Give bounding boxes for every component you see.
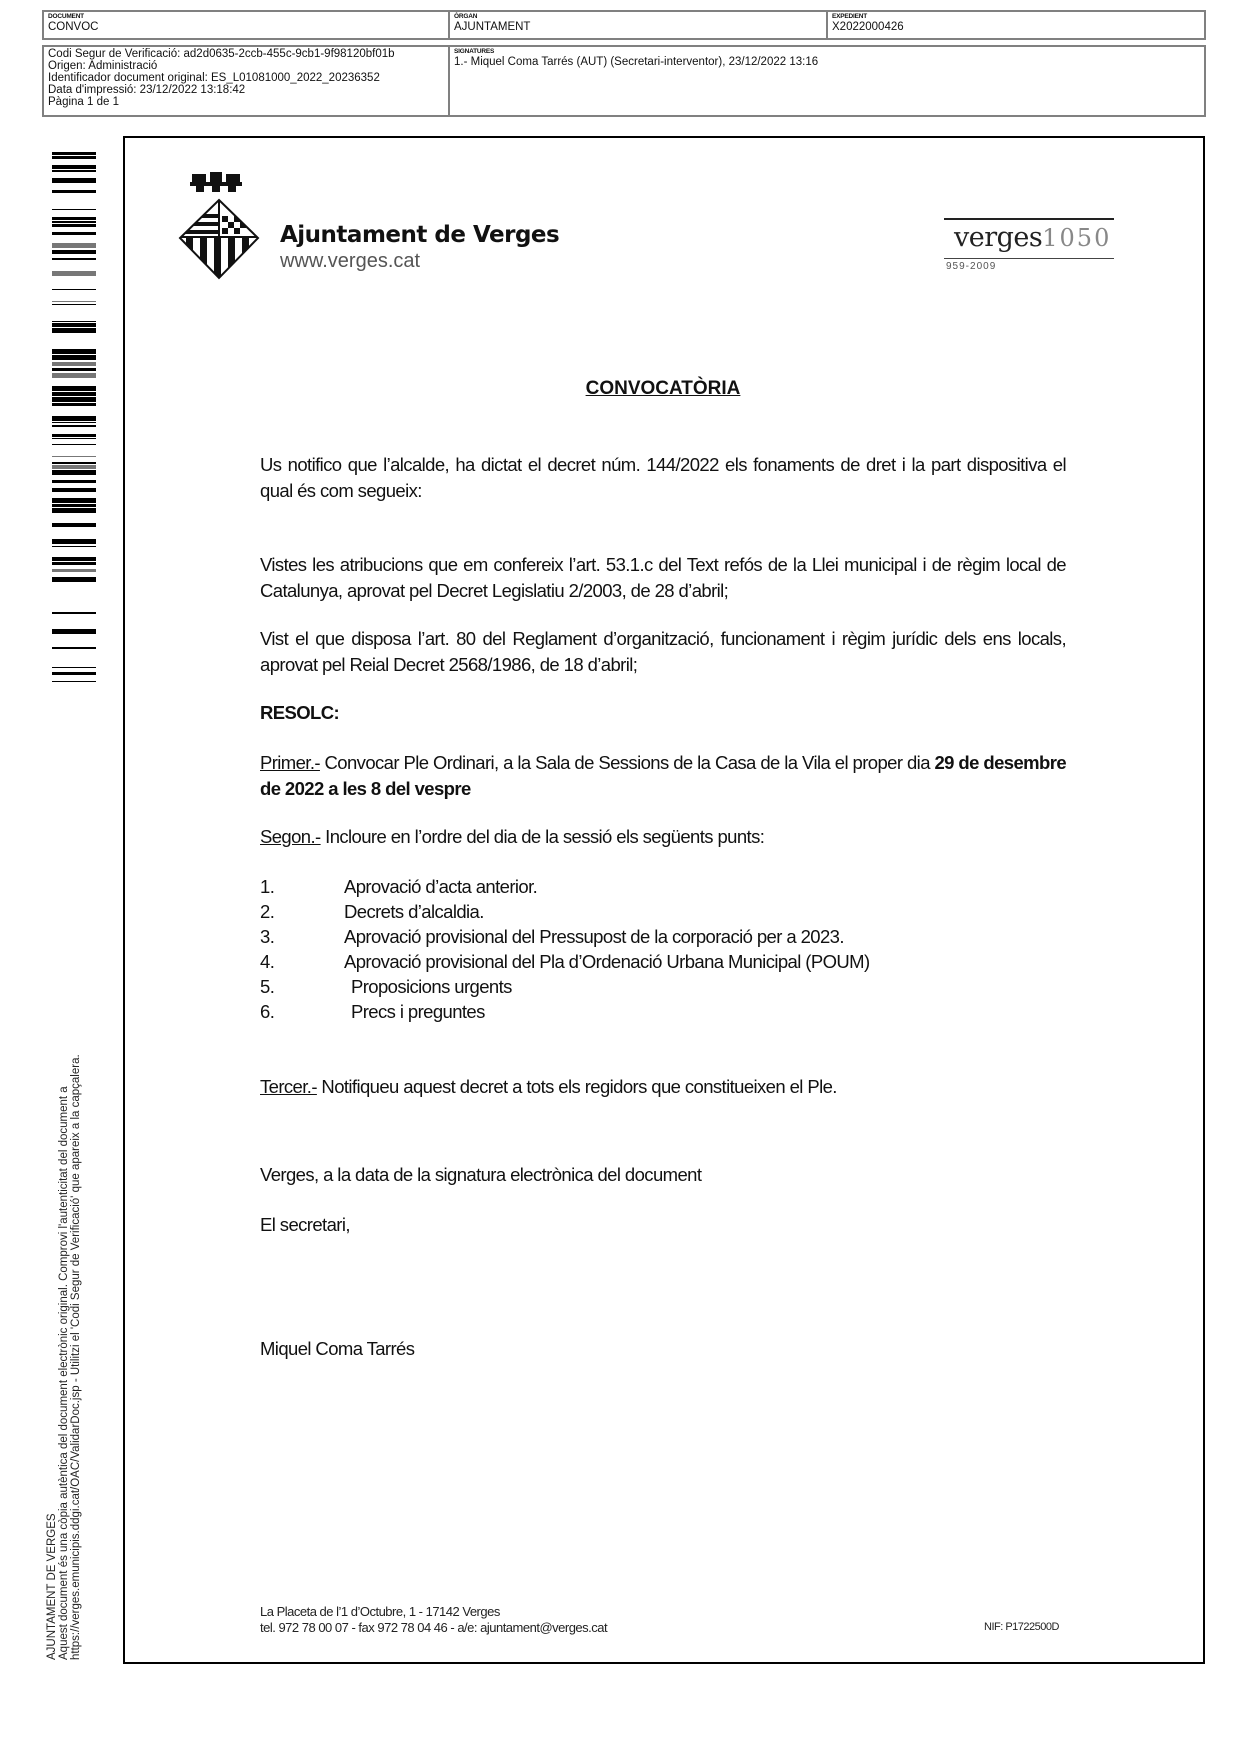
first-resolution-text: Convocar Ple Ordinari, a la Sala de Sess… [320,752,935,773]
agenda-list: 1.Aprovació d’acta anterior. 2.Decrets d… [260,874,960,1024]
signatures-label: SIGNATURES [454,48,1200,56]
document-type-label: DOCUMENT [48,13,444,21]
agenda-item: 3.Aprovació provisional del Pressupost d… [260,924,960,949]
anniversary-wordmark: verges1050 [954,222,1111,253]
agenda-item-number: 6. [260,999,344,1024]
resolution-heading: RESOLC: [260,700,1066,726]
agenda-item-text: Aprovació provisional del Pla d’Ordenaci… [344,949,870,974]
origin: Origen: Administració [48,60,444,72]
second-resolution-label: Segon.- [260,826,321,847]
agenda-item: 4.Aprovació provisional del Pla d’Ordena… [260,949,960,974]
agenda-item-number: 2. [260,899,344,924]
anniversary-number: 1050 [1042,224,1111,252]
anniversary-logo: verges1050 959-2009 [940,214,1122,274]
verification-code: Codi Segur de Verificació: ad2d0635-2ccb… [48,48,444,60]
agenda-item-number: 5. [260,974,344,999]
agenda-item-number: 1. [260,874,344,899]
side-note-validation-url: https://verges.emunicipis.ddgi.cat/OAC/V… [70,1054,82,1660]
place-and-date: Verges, a la data de la signatura electr… [260,1162,1066,1188]
intro-paragraph: Us notifico que l’alcalde, ha dictat el … [260,452,1066,504]
document-metadata-header: DOCUMENT CONVOC ÒRGAN AJUNTAMENT EXPEDIE… [42,10,1206,40]
agenda-item-number: 4. [260,949,344,974]
verification-cell: Codi Segur de Verificació: ad2d0635-2ccb… [44,47,448,115]
agenda-item: 2.Decrets d’alcaldia. [260,899,960,924]
expedient-value: X2022000426 [832,21,904,33]
third-resolution: Tercer.- Notifiqueu aquest decret a tots… [260,1074,1066,1100]
organ-value: AJUNTAMENT [454,21,530,33]
anniversary-years: 959-2009 [946,261,996,272]
original-identifier: Identificador document original: ES_L010… [48,72,444,84]
document-type-value: CONVOC [48,21,98,33]
footer-phone-email: tel. 972 78 00 07 - fax 972 78 04 46 - a… [260,1620,607,1636]
agenda-item-text: Aprovació provisional del Pressupost de … [344,924,844,949]
agenda-item: 5.Proposicions urgents [260,974,960,999]
signature-entry: 1.- Miquel Coma Tarrés (AUT) (Secretari-… [454,56,1200,68]
second-resolution: Segon.- Incloure en l’ordre del dia de l… [260,824,1066,850]
third-resolution-text: Notifiqueu aquest decret a tots els regi… [317,1076,837,1097]
legal-basis-paragraph-1: Vistes les atribucions que em confereix … [260,552,1066,604]
first-resolution: Primer.- Convocar Ple Ordinari, a la Sal… [260,750,1066,802]
coat-of-arms-icon [178,170,260,280]
expedient-label: EXPEDIENT [832,13,1200,21]
organ-label: ÒRGAN [454,13,822,21]
expedient-cell: EXPEDIENT X2022000426 [826,12,1204,38]
agenda-item: 1.Aprovació d’acta anterior. [260,874,960,899]
footer-contact: La Placeta de l’1 d’Octubre, 1 - 17142 V… [260,1604,607,1636]
second-resolution-text: Incloure en l’ordre del dia de la sessió… [321,826,765,847]
signer-name: Miquel Coma Tarrés [260,1336,1066,1362]
anniversary-top-rule [944,218,1114,220]
organ-cell: ÒRGAN AJUNTAMENT [448,12,826,38]
municipality-name: Ajuntament de Verges [280,222,559,248]
print-date: Data d'impressió: 23/12/2022 13:18:42 [48,84,444,96]
agenda-item-text: Decrets d’alcaldia. [344,899,484,924]
signatures-cell: SIGNATURES 1.- Miquel Coma Tarrés (AUT) … [448,47,1204,115]
agenda-item: 6.Precs i preguntes [260,999,960,1024]
tax-id: NIF: P1722500D [984,1621,1059,1633]
municipality-website: www.verges.cat [280,250,420,273]
side-note-organization: AJUNTAMENT DE VERGES [46,1054,58,1660]
first-resolution-label: Primer.- [260,752,320,773]
barcode-icon [52,152,96,682]
signer-role: El secretari, [260,1212,1066,1238]
anniversary-word: verges [954,222,1042,253]
agenda-item-text: Proposicions urgents [344,974,512,999]
footer-address: La Placeta de l’1 d’Octubre, 1 - 17142 V… [260,1604,607,1620]
agenda-item-text: Precs i preguntes [344,999,485,1024]
document-title: CONVOCATÒRIA [260,376,1066,402]
authenticity-side-note: AJUNTAMENT DE VERGES Aquest document és … [46,1054,82,1660]
agenda-item-text: Aprovació d’acta anterior. [344,874,537,899]
agenda-item-number: 3. [260,924,344,949]
side-note-authenticity: Aquest document és una còpia autèntica d… [58,1054,70,1660]
verification-header: Codi Segur de Verificació: ad2d0635-2ccb… [42,45,1206,117]
anniversary-bottom-rule [944,258,1114,259]
third-resolution-label: Tercer.- [260,1076,317,1097]
document-type-cell: DOCUMENT CONVOC [44,12,448,38]
legal-basis-paragraph-2: Vist el que disposa l’art. 80 del Reglam… [260,626,1066,678]
page-number: Pàgina 1 de 1 [48,96,444,108]
